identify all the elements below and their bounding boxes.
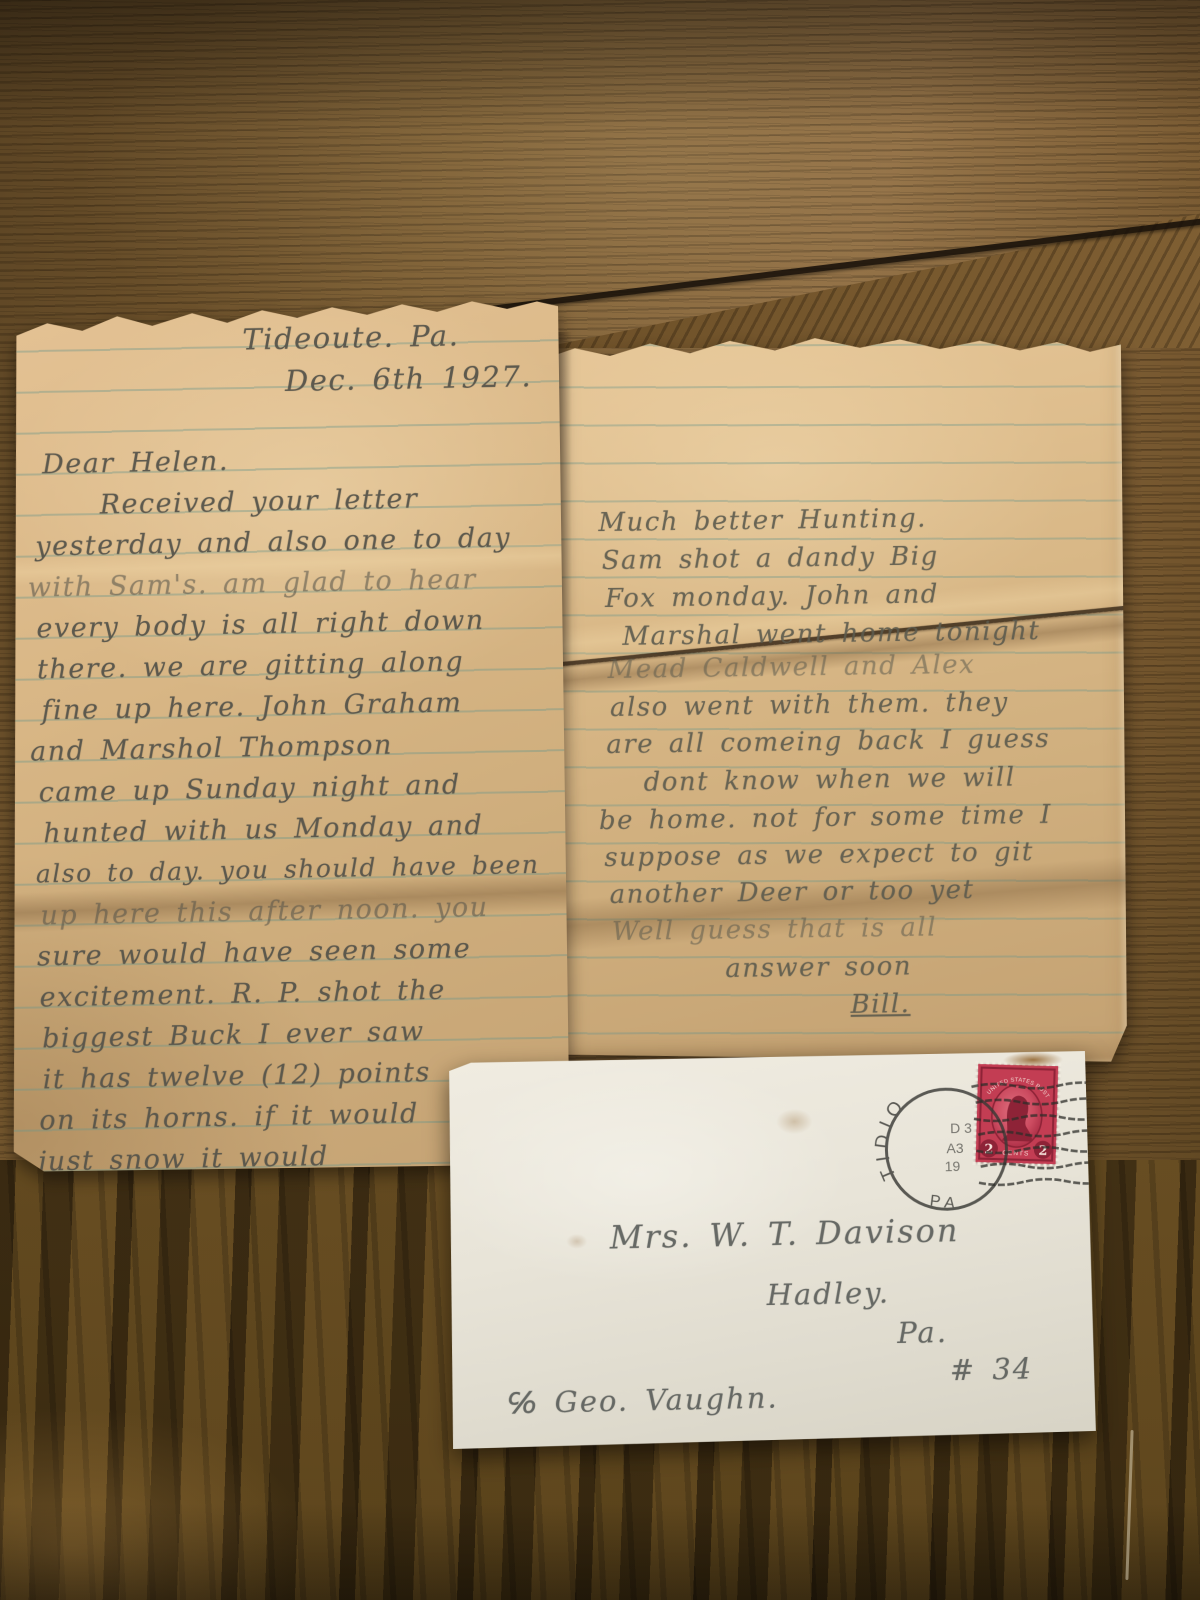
handwriting-line: Marshal went home tonight xyxy=(622,616,1040,652)
handwriting-line: Sam shot a dandy Big xyxy=(601,541,938,576)
letter-place-heading: Tideoute. Pa. xyxy=(242,318,460,356)
handwriting-line: Much better Hunting. xyxy=(598,503,927,538)
handwriting-line: excitement. R. P. shot the xyxy=(39,975,446,1014)
postmark-date-line: A3 xyxy=(946,1140,964,1156)
handwriting-line: answer soon xyxy=(725,951,912,984)
handwriting-line: it has twelve (12) points xyxy=(42,1057,431,1095)
handwriting-line: just snow it would xyxy=(38,1141,330,1172)
handwriting-line: also to day. you should have been xyxy=(36,850,540,889)
handwriting-line: Mead Caldwell and Alex xyxy=(607,650,975,685)
handwriting-line: are all comeing back I guess xyxy=(606,724,1050,760)
envelope: Mrs. W. T. Davison Hadley. Pa. # 34 ℅ Ge… xyxy=(445,1051,1096,1449)
letter-left-page: Tideoute. Pa. Dec. 6th 1927. Dear Helen.… xyxy=(2,298,570,1172)
signature: Bill. xyxy=(850,989,910,1020)
letter-date-heading: Dec. 6th 1927. xyxy=(285,359,533,398)
handwriting-line: Fox monday. John and xyxy=(605,579,939,614)
letter-right-page: Much better Hunting. Sam shot a dandy Bi… xyxy=(545,336,1127,1067)
postmark-date-line: 19 xyxy=(945,1158,961,1174)
handwriting-line: be home. not for some time I xyxy=(599,800,1052,836)
handwriting-line: with Sam's. am glad to hear xyxy=(28,564,477,604)
handwriting-line: hunted with us Monday and xyxy=(43,810,484,849)
salutation: Dear Helen. xyxy=(42,446,229,481)
handwriting-line: suppose as we expect to git xyxy=(604,837,1034,873)
handwriting-line: biggest Buck I ever saw xyxy=(42,1016,425,1054)
handwriting-line: yesterday and also one to day xyxy=(35,522,511,562)
handwriting-line: fine up here. John Graham xyxy=(41,687,462,726)
handwriting-line: dont know when we will xyxy=(643,762,1015,797)
letter-right-page-paper: Much better Hunting. Sam shot a dandy Bi… xyxy=(545,336,1127,1067)
handwriting-line: up here this after noon. you xyxy=(40,892,489,932)
handwriting-line: and Marshol Thompson xyxy=(30,730,393,768)
postmark-date-line: D 3 xyxy=(950,1120,972,1136)
envelope-town: Hadley. xyxy=(766,1275,890,1312)
envelope-care-of: ℅ Geo. Vaughn. xyxy=(508,1380,779,1420)
handwriting-line: on its horns. if it would xyxy=(39,1098,419,1136)
handwriting-line: Well guess that is all xyxy=(612,912,937,947)
handwriting-line: another Deer or too yet xyxy=(609,875,974,910)
postmark-state: PA xyxy=(929,1193,961,1214)
envelope-stain xyxy=(1003,1051,1063,1068)
letter-left-page-paper: Tideoute. Pa. Dec. 6th 1927. Dear Helen.… xyxy=(2,298,570,1172)
handwriting-line: Received your letter xyxy=(99,483,418,520)
envelope-box-number: # 34 xyxy=(949,1351,1033,1387)
envelope-state: Pa. xyxy=(897,1315,948,1350)
handwriting-line: came up Sunday night and xyxy=(38,769,461,808)
envelope-paper: Mrs. W. T. Davison Hadley. Pa. # 34 ℅ Ge… xyxy=(445,1051,1096,1449)
handwriting-line: every body is all right down xyxy=(36,605,485,645)
handwriting-line: sure would have seen some xyxy=(37,933,472,972)
postmark-town: TIDIO xyxy=(871,1092,913,1183)
handwriting-line: also went with them. they xyxy=(610,687,1009,723)
handwriting-line: there. we are gitting along xyxy=(37,646,465,685)
